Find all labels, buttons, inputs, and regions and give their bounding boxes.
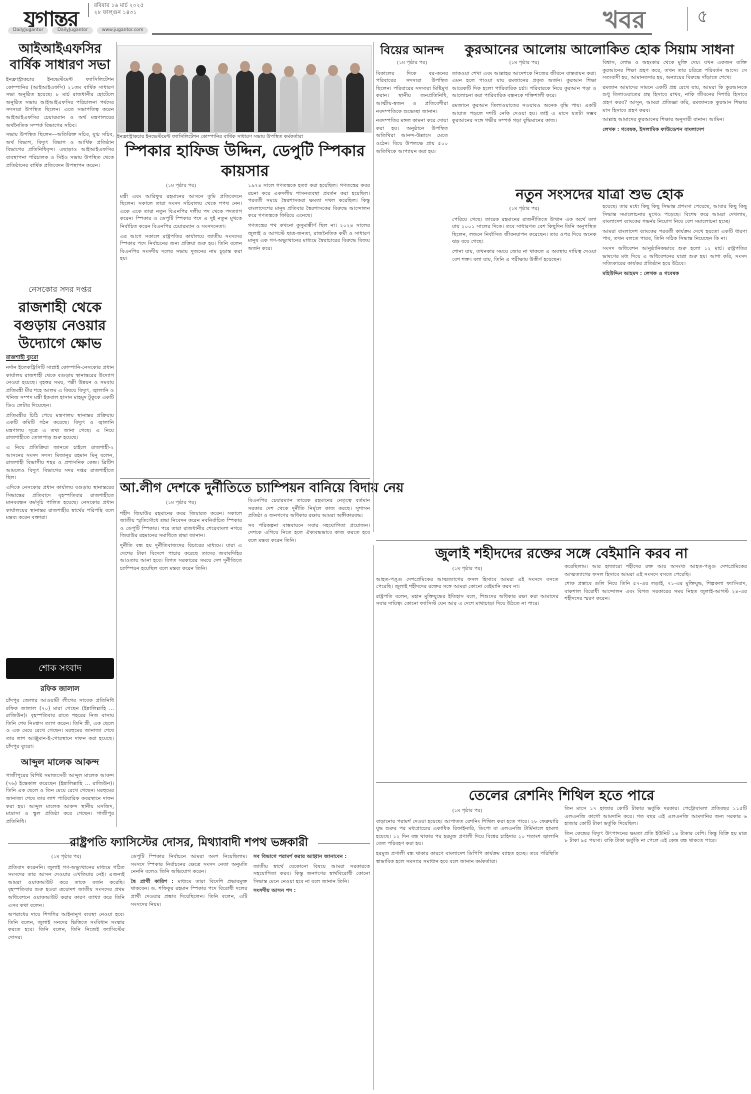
- author-credit: মহিউদ্দিন আহমদ : লেখক ও গবেষক: [603, 271, 748, 279]
- article-body: (১ম পৃষ্ঠার পর) বিকালের দিকে বর-কনের পরি…: [376, 60, 448, 156]
- paragraph: বিএনপির চেয়ারম্যান তারেক রহমানের নেতৃত্…: [248, 498, 370, 521]
- article-column: বিএনপির চেয়ারম্যান তারেক রহমানের নেতৃত্…: [248, 498, 370, 575]
- article-column: (১ম পৃষ্ঠার পর) শহীদ জিয়াউর রহমানের কবর…: [120, 498, 242, 575]
- masthead-rule: [152, 33, 652, 35]
- date-bengali: ২৮ ফাল্গুন ১৪৩১: [94, 10, 144, 17]
- column-divider: [373, 545, 374, 1090]
- paragraph: আহত-পঙ্গু দেশপ্রেমিকের আত্মত্যাগের ফসল হ…: [376, 577, 559, 592]
- paragraph: শহীদ জিয়াউর রহমানের কবর জিয়ারত করেন। স…: [120, 511, 242, 541]
- masthead: যুগান্তর রবিবার ১৬ মার্চ ২০২৫ ২৮ ফাল্গুন…: [0, 0, 751, 38]
- article-july-martyrs: জুলাই শহীদদের রক্তের সঙ্গে বেইমানি করব ন…: [376, 544, 747, 611]
- paragraph: শোনা যায়, তখনকার সময়ে জোর না থাকলে এ অ…: [452, 249, 597, 264]
- paragraph: সংসদ অধিবেশন আনুষ্ঠানিকভাবে শুরু হলো ১২ …: [603, 246, 748, 269]
- paragraph: নর্দান ইলেকট্রিসিটি সাপ্লাই কোম্পানি-নেস…: [6, 365, 114, 411]
- paragraph: গণতন্ত্রের পথ কখনো কুসুমাস্তীর্ণ ছিল না।…: [248, 223, 370, 253]
- date-block: রবিবার ১৬ মার্চ ২০২৫ ২৮ ফাল্গুন ১৪৩১: [88, 3, 144, 17]
- paragraph: আল্লাহ আমাদের কুরআনের শিক্ষার অনুসারী বা…: [603, 117, 748, 125]
- headline: রাজশাহী থেকে বগুড়ায় নেওয়ার উদ্যোগে ক্…: [6, 299, 114, 353]
- article-wedding: বিয়ের আনন্দ (১ম পৃষ্ঠার পর) বিকালের দিক…: [376, 42, 448, 158]
- headline: নতুন সংসদের যাত্রা শুভ হোক: [452, 186, 747, 204]
- paragraph: সব পরিকল্পনা বাস্তবায়নে সবার সহযোগিতা প…: [248, 523, 370, 546]
- photo-person: [324, 74, 342, 132]
- section-divider: [120, 478, 370, 479]
- social-facebook-link[interactable]: DailyJugantor: [52, 27, 92, 34]
- paragraph: মন্ত্রী এবং আরিফুর রহমানের আসনে তুমি প্র…: [120, 194, 242, 232]
- paragraph: বাড়ানোর পরামর্শ দেওয়া হয়েছে। আপাতত রে…: [376, 819, 559, 849]
- paragraph: হয়েছে। তার মধ্যে কিছু কিছু সিদ্ধান্ত প্…: [603, 204, 748, 227]
- article-rajshahi: নেসকোর সদর দপ্তর রাজশাহী থেকে বগুড়ায় ন…: [6, 278, 114, 525]
- continued-label: (১ম পৃষ্ঠার পর): [452, 60, 597, 68]
- obituary-banner: শোক সংবাদ: [6, 658, 114, 679]
- section-divider: [376, 540, 747, 541]
- article-body: নর্দান ইলেকট্রিসিটি সাপ্লাই কোম্পানি-নেস…: [6, 365, 114, 523]
- subhead: সংসদীয় আসন পদ :: [253, 888, 296, 894]
- column-divider: [373, 42, 374, 532]
- social-x-link[interactable]: DailyJugantor: [8, 27, 48, 34]
- continued-label: (১ম পৃষ্ঠার পর): [8, 854, 125, 862]
- paragraph: শোক প্রস্তাবে গুলি নিয়ে তিনি ৫৭-এর লড়া…: [565, 581, 748, 604]
- article-awami-league: আ.লীগ দেশকে দুর্নীতিতে চ্যাম্পিয়ন বানিয…: [120, 480, 370, 575]
- news-photo: [117, 45, 372, 133]
- article-column: সব বিভাগে পরামর্শ করার আহ্বান জানাবেন : …: [253, 852, 370, 945]
- section-divider: [687, 7, 688, 31]
- photo-person: [346, 72, 364, 132]
- paragraph: তাকওয়া শেখা এবং আল্লাহর আদেশকে নিজের জী…: [452, 71, 597, 101]
- paragraph: সভায় উপস্থিত ছিলেন—অতিরিক্ত সচিব, যুগ্ম…: [6, 132, 114, 170]
- continued-label: (১ম পৃষ্ঠার পর): [376, 808, 559, 816]
- obituary-name: রফিক জালাল: [6, 683, 114, 695]
- paragraph: প্রতিবাদ করেননি। জুলাই গণ-অভ্যুত্থানের ম…: [8, 865, 125, 911]
- photo-person: [192, 74, 210, 132]
- paragraph: নবদম্পতির মঙ্গল কামনা করে দোয়া করা হয়।…: [376, 118, 448, 156]
- article-column: (১ম পৃষ্ঠার পর) তাকওয়া শেখা এবং আল্লাহর…: [452, 58, 597, 136]
- paragraph: দুর্নীতি বন্ধ হয় দুর্নীতিবাজদের বিচারের…: [120, 543, 242, 573]
- page-number: ৫: [697, 4, 708, 32]
- article-quran: কুরআনের আলোয় আলোকিত হোক সিয়াম সাধনা (১…: [452, 42, 747, 136]
- photo-person: [236, 70, 254, 132]
- article-column: তিন মাসে ১৭ হাজার কোটি টাকার ভর্তুকি দরক…: [565, 806, 748, 868]
- article-column: (১ম পৃষ্ঠার পর) পেরিয়ে গেছে। তারেক রহমা…: [452, 204, 597, 280]
- obituaries: শোক সংবাদ রফিক জালাল চাঁদপুর জেলার আওয়া…: [6, 652, 114, 826]
- continued-label: (১ম পৃষ্ঠার পর): [376, 566, 559, 574]
- website-link[interactable]: www.jugantor.com: [97, 27, 149, 34]
- article-column: (১ম পৃষ্ঠার পর) বাড়ানোর পরামর্শ দেওয়া …: [376, 806, 559, 868]
- article-column: ১৯৭৪ সালে গণতন্ত্রকে হত্যা করা হয়েছিল। …: [248, 181, 370, 266]
- headline: বিয়ের আনন্দ: [376, 42, 448, 58]
- photo-person: [258, 72, 276, 132]
- paragraph: রমজানে কুরআন তিলাওয়াতের সওয়াবও অনেক বৃ…: [452, 103, 597, 126]
- article-column: (১ম পৃষ্ঠার পর) মন্ত্রী এবং আরিফুর রহমান…: [120, 181, 242, 266]
- photo-person: [214, 72, 232, 132]
- paragraph: ডেপুটি স্পিকার নির্বাচনে আমরা অংশ নিয়েছ…: [131, 854, 248, 877]
- paragraph: রমজান আমাদের সামনে একটি প্রশ্ন রেখে যায়…: [603, 85, 748, 115]
- continued-label: (১ম পৃষ্ঠার পর): [120, 183, 242, 191]
- continued-label: (১ম পৃষ্ঠার পর): [120, 500, 242, 508]
- paragraph: এদিকে নেসকোর প্রধান কার্যালয় বগুড়ায় স…: [6, 485, 114, 523]
- headline: স্পিকার হাফিজ উদ্দিন, ডেপুটি স্পিকার কায…: [120, 141, 370, 181]
- paragraph: পেরিয়ে গেছে। তারেক রহমানের রাজনীতিতে উত…: [452, 217, 597, 247]
- photo-person: [170, 74, 188, 132]
- headline: জুলাই শহীদদের রক্তের সঙ্গে বেইমানি করব ন…: [376, 544, 747, 564]
- paragraph: করেছিলাম। আর হাজারো শহীদের রক্ত আর অসংখ্…: [565, 564, 748, 579]
- headline: আ.লীগ দেশকে দুর্নীতিতে চ্যাম্পিয়ন বানিয…: [120, 480, 500, 498]
- date-gregorian: রবিবার ১৬ মার্চ ২০২৫: [94, 3, 144, 10]
- paragraph: ইনফ্রাস্ট্রাকচার ইনভেস্টমেন্ট ফ্যাসিলিটে…: [6, 77, 114, 130]
- paragraph: অপরাধের দায়ে শিগগির আইনানুগ ব্যবস্থা নে…: [8, 912, 125, 942]
- paragraph: এর আগে সকালে রাষ্ট্রপতির কার্যালয়ে জাতী…: [120, 234, 242, 264]
- article-president: রাষ্ট্রপতি ফ্যাসিস্টের দোসর, মিথ্যাবাদী …: [8, 832, 370, 945]
- article-oil-rationing: তেলের রেশনিং শিথিল হতে পারে (১ম পৃষ্ঠার …: [376, 786, 747, 868]
- author-credit: লেখক : গবেষক, ইসলামিক ফাউন্ডেশন বাংলাদেশ: [603, 127, 748, 135]
- subhead: দ্বৈ প্রার্থী কারিশ :: [131, 879, 174, 885]
- article-column: বিশ্বাস, লোভ ও অহংকার থেকে মুক্তি দেয়। …: [603, 58, 748, 136]
- headline: তেলের রেশনিং শিথিল হতে পারে: [376, 786, 747, 806]
- photo-person: [280, 75, 298, 132]
- paragraph: বিশ্বাস, লোভ ও অহংকার থেকে মুক্তি দেয়। …: [603, 60, 748, 83]
- article-iiffc: আইআইএফসির বার্ষিক সাধারণ সভা ইনফ্রাস্ট্র…: [6, 42, 114, 172]
- continued-label: (১ম পৃষ্ঠার পর): [376, 60, 448, 68]
- paragraph: তিন কেন্দ্রের বিদ্যুৎ উৎপাদনের ক্ষমতা প্…: [565, 831, 748, 846]
- article-column: (১ম পৃষ্ঠার পর) প্রতিবাদ করেননি। জুলাই গ…: [8, 852, 125, 945]
- obituary-text: চাঁদপুর জেলার আওয়ামী লীগের সাবেক প্রতিন…: [6, 698, 114, 751]
- photo-person: [302, 73, 320, 132]
- kicker: নেসকোর সদর দপ্তর: [6, 284, 114, 297]
- byline: রাজশাহী ব্যুরো: [6, 355, 114, 363]
- paragraph: প্রতিমন্ত্রীর চিঠি পেয়ে মন্ত্রণালয় স্থ…: [6, 413, 114, 443]
- paragraph: বিকালের দিকে বর-কনের পরিবারের সদস্যরা উপ…: [376, 71, 448, 117]
- photo-person: [126, 70, 144, 132]
- paragraph: হরমুজ প্রণালী বন্ধ থাকার কারণে বাংলাদেশ …: [376, 851, 559, 866]
- obituary-name: আব্দুল মালেক আকন্দ: [6, 755, 114, 770]
- article-column: (১ম পৃষ্ঠার পর) আহত-পঙ্গু দেশপ্রেমিকের আ…: [376, 564, 559, 611]
- social-links: DailyJugantor DailyJugantor www.jugantor…: [8, 27, 148, 34]
- paragraph: এ নিয়ে প্রতিক্রিয়া জানতে চাইলে রাজশাহী…: [6, 445, 114, 483]
- article-column: ডেপুটি স্পিকার নির্বাচনে আমরা অংশ নিয়েছ…: [131, 852, 248, 945]
- article-parliament: নতুন সংসদের যাত্রা শুভ হোক (১ম পৃষ্ঠার প…: [452, 186, 747, 280]
- paragraph: ১৯৭৪ সালে গণতন্ত্রকে হত্যা করা হয়েছিল। …: [248, 183, 370, 221]
- photo-person: [148, 72, 166, 132]
- column-divider: [116, 42, 117, 827]
- continued-label: (১ম পৃষ্ঠার পর): [452, 206, 597, 214]
- article-column: হয়েছে। তার মধ্যে কিছু কিছু সিদ্ধান্ত প্…: [603, 204, 748, 280]
- paragraph: আমরা বাংলাদেশ ব্যাংকের পরবর্তী কার্যক্রম…: [603, 229, 748, 244]
- headline: আইআইএফসির বার্ষিক সাধারণ সভা: [6, 42, 114, 74]
- article-body: ইনফ্রাস্ট্রাকচার ইনভেস্টমেন্ট ফ্যাসিলিটে…: [6, 77, 114, 170]
- subhead: সব বিভাগে পরামর্শ করার আহ্বান জানাবেন :: [253, 854, 346, 860]
- article-column: করেছিলাম। আর হাজারো শহীদের রক্ত আর অসংখ্…: [565, 564, 748, 611]
- paragraph: রাষ্ট্রপতি বলেন, মহান মুক্তিযুদ্ধের ইতিহ…: [376, 594, 559, 609]
- paragraph: জাতীয় স্বার্থে যেকোনো বিষয়ে আমরা সরকার…: [253, 864, 370, 887]
- headline: রাষ্ট্রপতি ফ্যাসিস্টের দোসর, মিথ্যাবাদী …: [8, 832, 370, 852]
- section-divider: [376, 782, 747, 783]
- paragraph: তিন মাসে ১৭ হাজার কোটি টাকার ভর্তুকি দরক…: [565, 806, 748, 829]
- article-speaker: স্পিকার হাফিজ উদ্দিন, ডেপুটি স্পিকার কায…: [120, 141, 370, 266]
- obituary-text: গাজীপুরের বিশিষ্ট সমাজসেবী আব্দুল মালেক …: [6, 773, 114, 826]
- headline: কুরআনের আলোয় আলোকিত হোক সিয়াম সাধনা: [452, 42, 747, 58]
- section-title: খবর: [603, 2, 645, 42]
